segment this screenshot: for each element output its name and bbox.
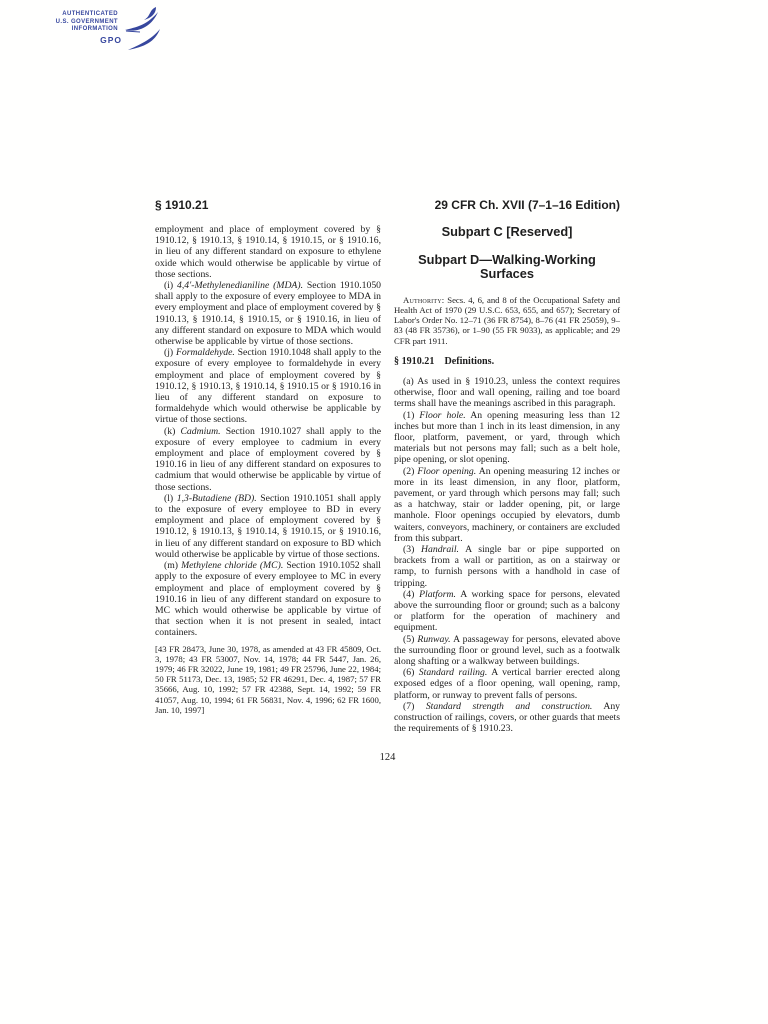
paragraph: (m) Methylene chloride (MC). Section 191… (155, 560, 381, 638)
gpo-logo-line-1: AUTHENTICATED (46, 11, 118, 19)
section-heading: § 1910.21 Definitions. (394, 356, 620, 368)
gpo-logo-line-3: INFORMATION (46, 26, 118, 34)
paragraph: (l) 1,3-Butadiene (BD). Section 1910.105… (155, 493, 381, 560)
paragraph: (4) Platform. A working space for person… (394, 589, 620, 634)
paragraph: (i) 4,4′-Methylenedianiline (MDA). Secti… (155, 280, 381, 347)
source-citation: [43 FR 28473, June 30, 1978, as amended … (155, 644, 381, 715)
running-head: § 1910.21 29 CFR Ch. XVII (7–1–16 Editio… (155, 198, 620, 212)
document-page: AUTHENTICATED U.S. GOVERNMENT INFORMATIO… (0, 0, 768, 1024)
subpart-heading: Subpart D—Walking-Working Surfaces (400, 253, 614, 282)
authority-note: Authority: Secs. 4, 6, and 8 of the Occu… (394, 295, 620, 346)
paragraph: (7) Standard strength and construction. … (394, 701, 620, 735)
gpo-logo-text: AUTHENTICATED U.S. GOVERNMENT INFORMATIO… (46, 11, 118, 44)
gpo-eagle-icon (120, 5, 162, 53)
gpo-acronym: GPO (46, 37, 122, 45)
running-head-section: § 1910.21 (155, 198, 208, 212)
subpart-heading: Subpart C [Reserved] (400, 225, 614, 240)
right-column: Subpart C [Reserved]Subpart D—Walking-Wo… (394, 224, 620, 734)
gpo-logo: AUTHENTICATED U.S. GOVERNMENT INFORMATIO… (46, 5, 164, 55)
paragraph: (1) Floor hole. An opening measuring les… (394, 410, 620, 466)
left-column: employment and place of employment cover… (155, 224, 381, 734)
two-column-text: employment and place of employment cover… (155, 224, 620, 734)
page-number: 124 (155, 752, 620, 763)
paragraph: (6) Standard railing. A vertical barrier… (394, 667, 620, 701)
running-head-edition: 29 CFR Ch. XVII (7–1–16 Edition) (435, 198, 620, 212)
gpo-logo-line-2: U.S. GOVERNMENT (46, 19, 118, 27)
paragraph: (a) As used in § 1910.23, unless the con… (394, 376, 620, 410)
paragraph: employment and place of employment cover… (155, 224, 381, 280)
paragraph: (2) Floor opening. An opening measuring … (394, 466, 620, 544)
paragraph: (k) Cadmium. Section 1910.1027 shall app… (155, 426, 381, 493)
paragraph: (j) Formaldehyde. Section 1910.1048 shal… (155, 347, 381, 425)
page-content: § 1910.21 29 CFR Ch. XVII (7–1–16 Editio… (155, 198, 620, 763)
paragraph: (5) Runway. A passageway for persons, el… (394, 634, 620, 668)
paragraph: (3) Handrail. A single bar or pipe suppo… (394, 544, 620, 589)
